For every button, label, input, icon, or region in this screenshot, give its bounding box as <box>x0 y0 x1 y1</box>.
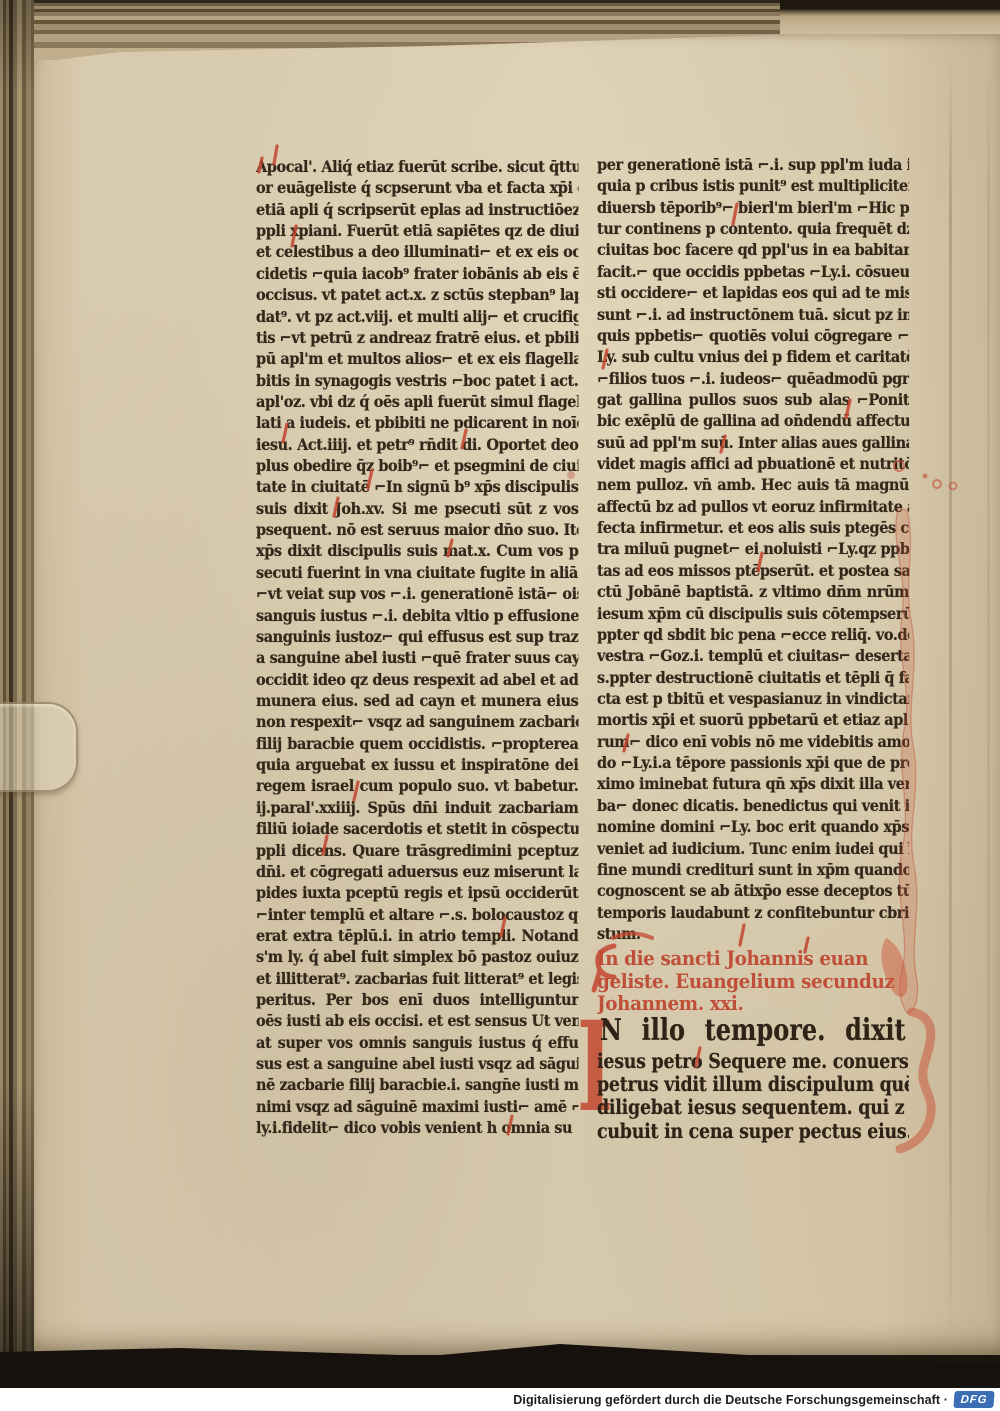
parchment-bookmark-tab <box>0 702 78 792</box>
text-line: ppter qd sbdit bic pena ⌐ecce reliq̄. vo… <box>597 625 909 646</box>
text-line: videt magis affici ad pbuationē et nutri… <box>597 454 909 475</box>
gospel-line: iesus petro Sequere me. conuers⁹ <box>597 1050 909 1073</box>
text-line: or euāgeliste q́ scpserunt vba et facta … <box>256 178 578 199</box>
text-line: ly.i.fidelit⌐ dico vobis venient h omnia… <box>256 1118 578 1139</box>
right-text-column: per generationē istā ⌐.i. sup ppl'm iuda… <box>597 155 929 945</box>
text-line: tra miluū pugnet⌐ ei noluisti ⌐Ly.qz ppb… <box>597 539 909 560</box>
banner-text: Digitalisierung gefördert durch die Deut… <box>513 1393 948 1407</box>
page-crease <box>949 60 952 1341</box>
text-line: gat gallina pullos suos sub alas ⌐Ponit <box>597 390 909 411</box>
text-line: lati a iudeis. et pbibiti ne pdicarent i… <box>256 413 578 434</box>
text-line: facit.⌐ que occidis ppbetas ⌐Ly.i. cōsue… <box>597 262 909 283</box>
text-line: bic exēplū de gallina ad on̄dendū affect… <box>597 411 909 432</box>
text-line: nē zacbarie filij baracbie.i. sangn̄e iu… <box>256 1075 578 1096</box>
text-line: et illitterat⁹. zacbarias fuit litterat⁹… <box>256 969 578 990</box>
lombard-initial-i: I <box>577 1000 593 1150</box>
text-line: per generationē istā ⌐.i. sup ppl'm iuda… <box>597 155 909 176</box>
text-line: ij.paral'.xxiiij. Spūs dn̄i induit zacba… <box>256 798 578 819</box>
text-line: etiā apli q́ scripserūt eplas ad instruc… <box>256 200 578 221</box>
text-line: fecta infirmetur. et eos alis suis ptegē… <box>597 518 909 539</box>
text-line: s.ppter destructionē ciuitatis et tēpli … <box>597 668 909 689</box>
text-line: vestra ⌐Goz.i. templū et ciuitas⌐ desert… <box>597 646 909 667</box>
text-line: peritus. Per bos enī duos intelliguntur <box>256 990 578 1011</box>
text-line: apl'oz. vbi dz q́ oēs apli fuerūt simul … <box>256 392 578 413</box>
gospel-incipit-first-line: N illo tempore. dixit <box>600 1012 906 1050</box>
gospel-line: petrus vidit illum discipulum quē <box>597 1073 909 1096</box>
text-line: iesum xp̄m cū discipulis suis cōtempserū… <box>597 604 909 625</box>
text-line: temporis laudabunt z confitebuntur cbri <box>597 903 909 924</box>
text-line: Apocal'. Aliq́ etiaz fuerūt scribe. sicu… <box>256 157 578 178</box>
text-line: nimi vsqz ad sāguinē maximi iusti⌐ amē ⌐ <box>256 1097 578 1118</box>
text-line: s'm ly. q́ abel fuit simplex bō pastoz o… <box>256 947 578 968</box>
text-line: filij baracbie quem occidistis. ⌐propter… <box>256 734 578 755</box>
text-line: quis ppbetis⌐ quotiēs volui cōgregare ⌐ <box>597 326 909 347</box>
text-line: erat extra tēplū.i. in atrio templi. Not… <box>256 926 578 947</box>
text-line: bitis in synagogis vestris ⌐boc patet i … <box>256 371 578 392</box>
text-line: oēs iusti ab eis occisi. et est sensus U… <box>256 1011 578 1032</box>
text-line: plus obedire q̄z boib⁹⌐ et psegmini de c… <box>256 456 578 477</box>
gospel-incipit-body: iesus petro Sequere me. conuers⁹petrus v… <box>597 1050 964 1143</box>
text-line: ximo iminebat futura qn̄ xp̄s dixit illa… <box>597 774 909 795</box>
text-line: cognoscent se ab ātixp̄o esse deceptos t… <box>597 881 909 902</box>
text-line: ctū Jobānē baptistā. z vltimo dn̄m nrūm <box>597 582 909 603</box>
text-line: sanguis iustus ⌐.i. debita vltio p effus… <box>256 606 578 627</box>
text-line: tis ⌐vt petrū z andreaz fratrē eius. et … <box>256 328 578 349</box>
text-line: xp̄s dixit discipulis suis mat.x. Cum vo… <box>256 541 578 562</box>
dfg-banner: Digitalisierung gefördert durch die Deut… <box>0 1388 1000 1411</box>
page-top-right-edge <box>780 0 1000 34</box>
text-line: ⌐filios tuos ⌐.i. iudeos⌐ quēadmodū pgre <box>597 369 909 390</box>
text-line: et celestibus a deo illuminati⌐ et ex ei… <box>256 242 578 263</box>
text-line: sus est a sanguine abel iusti vsqz ad sā… <box>256 1054 578 1075</box>
text-line: munera eius. sed ad cayn et munera eius <box>256 691 578 712</box>
text-line: secuti fuerint in vna ciuitate fugite in… <box>256 563 578 584</box>
text-line: ba⌐ donec dicatis. benedictus qui venit … <box>597 796 909 817</box>
left-text-column: Apocal'. Aliq́ etiaz fuerūt scribe. sicu… <box>256 157 599 1140</box>
text-line: ciuitas boc facere qd ppl'us in ea babit… <box>597 240 909 261</box>
text-line: do ⌐Ly.i.a tēpore passionis xp̄i que de … <box>597 753 909 774</box>
text-line: occidit ideo qz deus respexit ad abel et… <box>256 670 578 691</box>
text-line: stum. <box>597 924 909 945</box>
text-line: ppli xpiani. Fuerūt etiā sapiētes qz de … <box>256 221 578 242</box>
text-line: veniet ad iudicium. Tunc enim iudei qui … <box>597 839 909 860</box>
rubric-line: In die sancti Johannis euan <box>597 948 907 971</box>
text-line: ppli dicens. Quare trāsgredimini pceptuz <box>256 841 578 862</box>
text-line: psequent. nō est seruus maior dn̄o suo. … <box>256 520 578 541</box>
text-line: cidetis ⌐quia iacob⁹ frater iobānis ab e… <box>256 264 578 285</box>
gospel-line: cubuit in cena super pectus eius. <box>597 1120 909 1143</box>
gospel-line: diligebat iesus sequentem. qui z re <box>597 1096 909 1119</box>
text-line: cta est p tbitū et vespasianuz in vindic… <box>597 689 909 710</box>
text-line: tur continens p contento. quia frequēt d… <box>597 219 909 240</box>
text-line: tas ad eos missos ptēpserūt. et postea s… <box>597 561 909 582</box>
text-line: fine mundi credituri sunt in xp̄m quando <box>597 860 909 881</box>
text-line: tate in ciuitatē ⌐In signū b⁹ xp̄s disci… <box>256 477 578 498</box>
text-line: iesu. Act.iiij. et petr⁹ rn̄dit di. Opor… <box>256 435 578 456</box>
text-line: affectū bz ad pullos vt eoruz infirmitat… <box>597 497 909 518</box>
book-fore-edge <box>0 0 34 1388</box>
dfg-logo: DFG <box>953 1391 994 1408</box>
text-line: at super vos omnis sanguis iustus q́ eff… <box>256 1033 578 1054</box>
text-line: ⌐inter templū et altare ⌐.s. bolocaustoz… <box>256 905 578 926</box>
text-line: dn̄i. et cōgregati aduersus euz miserunt… <box>256 862 578 883</box>
text-line: ⌐vt veiat sup vos ⌐.i. generationē istā⌐… <box>256 584 578 605</box>
text-line: occisus. vt patet act.x. z sctūs stepban… <box>256 285 578 306</box>
rubric-heading: In die sancti Johannis euangeliste. Euan… <box>597 948 919 1016</box>
text-line: quia arguebat ex iussu et inspiratōne de… <box>256 755 578 776</box>
rubric-line: geliste. Euangelium secunduz <box>597 971 907 994</box>
text-line: sanguinis iustoz⌐ qui effusus est sup tr… <box>256 627 578 648</box>
text-line: pū apl'm et multos alios⌐ et ex eis flag… <box>256 349 578 370</box>
page-crease-faint <box>987 60 990 1341</box>
text-line: rum⌐ dico enī vobis nō me videbitis amo <box>597 732 909 753</box>
text-line: Ly. sub cultu vnius dei p fidem et carit… <box>597 347 909 368</box>
text-line: sti occidere⌐ et lapidas eos qui ad te m… <box>597 283 909 304</box>
text-line: suū ad ppl'm suū. Inter alias aues galli… <box>597 433 909 454</box>
text-line: mortis xp̄i et suorū ppbetarū et etiaz a… <box>597 710 909 731</box>
text-line: nomine domini ⌐Ly. boc erit quando xp̄s <box>597 817 909 838</box>
text-line: nem pulloz. vn̄ amb. Hec auis tā magnū <box>597 475 909 496</box>
text-line: pides iuxta pceptū regis et ipsū occider… <box>256 883 578 904</box>
text-line: a sanguine abel iusti ⌐quē frater suus c… <box>256 648 578 669</box>
text-line: regem israel cum populo suo. vt babetur. <box>256 776 578 797</box>
text-line: diuersb tēporib⁹⌐ bierl'm bierl'm ⌐Hic p… <box>597 198 909 219</box>
text-line: non respexit⌐ vsqz ad sanguinem zacbarie <box>256 712 578 733</box>
text-line: suis dixit Joh.xv. Si me psecuti sūt z v… <box>256 499 578 520</box>
text-line: sunt ⌐.i. ad instructōnem tuā. sicut pz … <box>597 305 909 326</box>
text-line: dat⁹. vt pz act.viij. et multi alij⌐ et … <box>256 307 578 328</box>
text-line: quia p cribus istis punit⁹ est multiplic… <box>597 176 909 197</box>
text-line: filiū ioiade sacerdotis et stetit in cōs… <box>256 819 578 840</box>
